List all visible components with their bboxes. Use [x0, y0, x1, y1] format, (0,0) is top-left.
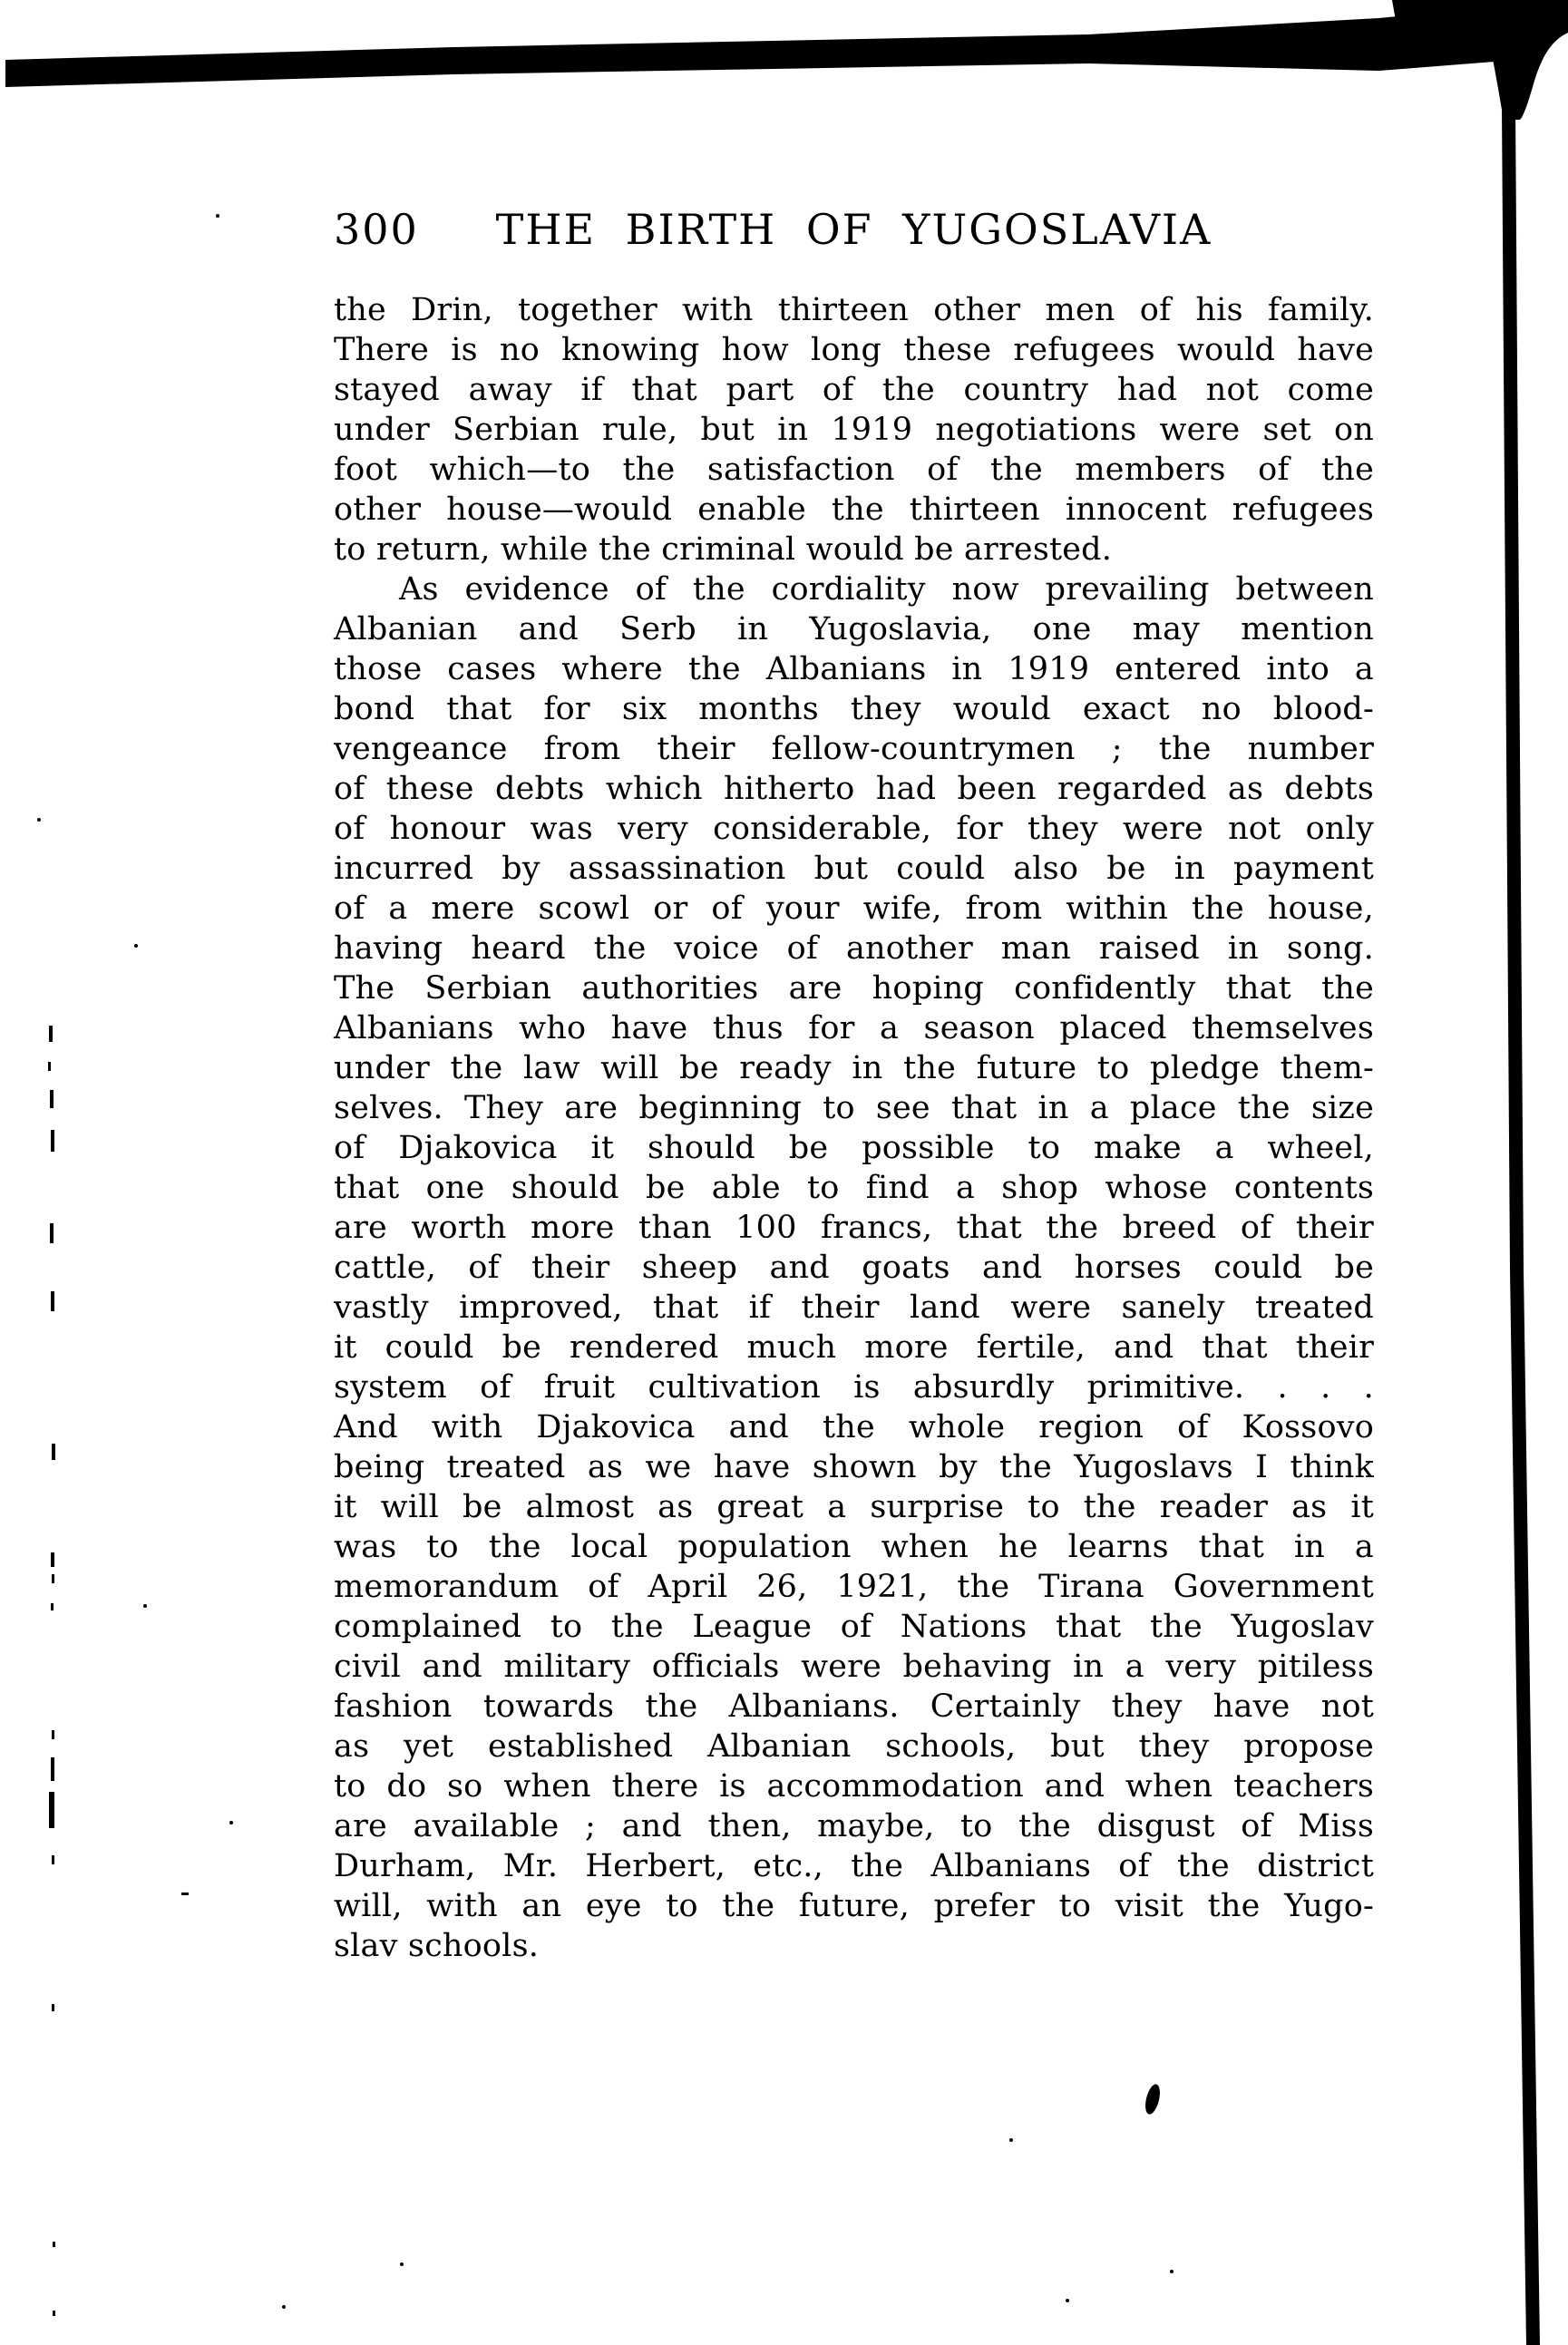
text-line: of a mere scowl or of your wife, from wi… [334, 889, 1374, 929]
text-line: those cases where the Albanians in 1919 … [334, 649, 1374, 689]
running-title: THE BIRTH OF YUGOSLAVIA [334, 205, 1374, 254]
text-line: of honour was very considerable, for the… [334, 809, 1374, 849]
text-line: bond that for six months they would exac… [334, 689, 1374, 729]
text-line: being treated as we have shown by the Yu… [334, 1447, 1374, 1487]
text-line: vengeance from their fellow-countrymen ;… [334, 729, 1374, 769]
text-line: under the law will be ready in the futur… [334, 1048, 1374, 1088]
text-line: to do so when there is accommodation and… [334, 1766, 1374, 1806]
text-line: are available ; and then, maybe, to the … [334, 1806, 1374, 1846]
text-line: Durham, Mr. Herbert, etc., the Albanians… [334, 1846, 1374, 1886]
text-line: are worth more than 100 francs, that the… [334, 1208, 1374, 1248]
text-line: other house—would enable the thirteen in… [334, 490, 1374, 530]
body-text: the Drin, together with thirteen other m… [334, 290, 1374, 1966]
text-line: vastly improved, that if their land were… [334, 1288, 1374, 1328]
text-line: Albanians who have thus for a season pla… [334, 1008, 1374, 1048]
text-line: of these debts which hitherto had been r… [334, 769, 1374, 809]
ink-blot [1143, 2083, 1163, 2116]
text-line: Albanian and Serb in Yugoslavia, one may… [334, 609, 1374, 649]
text-line: the Drin, together with thirteen other m… [334, 290, 1374, 330]
text-line: complained to the League of Nations that… [334, 1607, 1374, 1647]
text-line: There is no knowing how long these refug… [334, 330, 1374, 370]
scan-margin-marks [48, 1026, 55, 2316]
text-line: civil and military officials were behavi… [334, 1647, 1374, 1687]
text-line: that one should be able to find a shop w… [334, 1168, 1374, 1208]
scan-corner-blob [1392, 0, 1568, 120]
text-line: fashion towards the Albanians. Certainly… [334, 1687, 1374, 1727]
text-line: system of fruit cultivation is absurdly … [334, 1367, 1374, 1407]
text-line: was to the local population when he lear… [334, 1527, 1374, 1567]
text-line: memorandum of April 26, 1921, the Tirana… [334, 1567, 1374, 1607]
text-line: under Serbian rule, but in 1919 negotiat… [334, 410, 1374, 450]
text-line: As evidence of the cordiality now prevai… [334, 569, 1374, 609]
page-number: 300 [334, 205, 419, 254]
text-line: of Djakovica it should be possible to ma… [334, 1128, 1374, 1168]
text-line: will, with an eye to the future, prefer … [334, 1886, 1374, 1926]
text-line: it could be rendered much more fertile, … [334, 1328, 1374, 1367]
page-header: 300 THE BIRTH OF YUGOSLAVIA [334, 205, 1374, 256]
text-line: And with Djakovica and the whole region … [334, 1407, 1374, 1447]
text-line: foot which—to the satisfaction of the me… [334, 450, 1374, 490]
text-line: slav schools. [334, 1926, 1374, 1966]
text-line: incurred by assassination but could also… [334, 849, 1374, 889]
text-line: cattle, of their sheep and goats and hor… [334, 1248, 1374, 1288]
text-line: stayed away if that part of the country … [334, 370, 1374, 410]
text-line: selves. They are beginning to see that i… [334, 1088, 1374, 1128]
text-line: as yet established Albanian schools, but… [334, 1727, 1374, 1766]
text-line: The Serbian authorities are hoping confi… [334, 968, 1374, 1008]
scan-right-edge-line [1502, 107, 1540, 2345]
scan-top-band [5, 7, 1495, 87]
text-line: it will be almost as great a surprise to… [334, 1487, 1374, 1527]
text-line: to return, while the criminal would be a… [334, 530, 1374, 569]
text-line: having heard the voice of another man ra… [334, 929, 1374, 968]
book-page: 300 THE BIRTH OF YUGOSLAVIA the Drin, to… [0, 0, 1568, 2345]
